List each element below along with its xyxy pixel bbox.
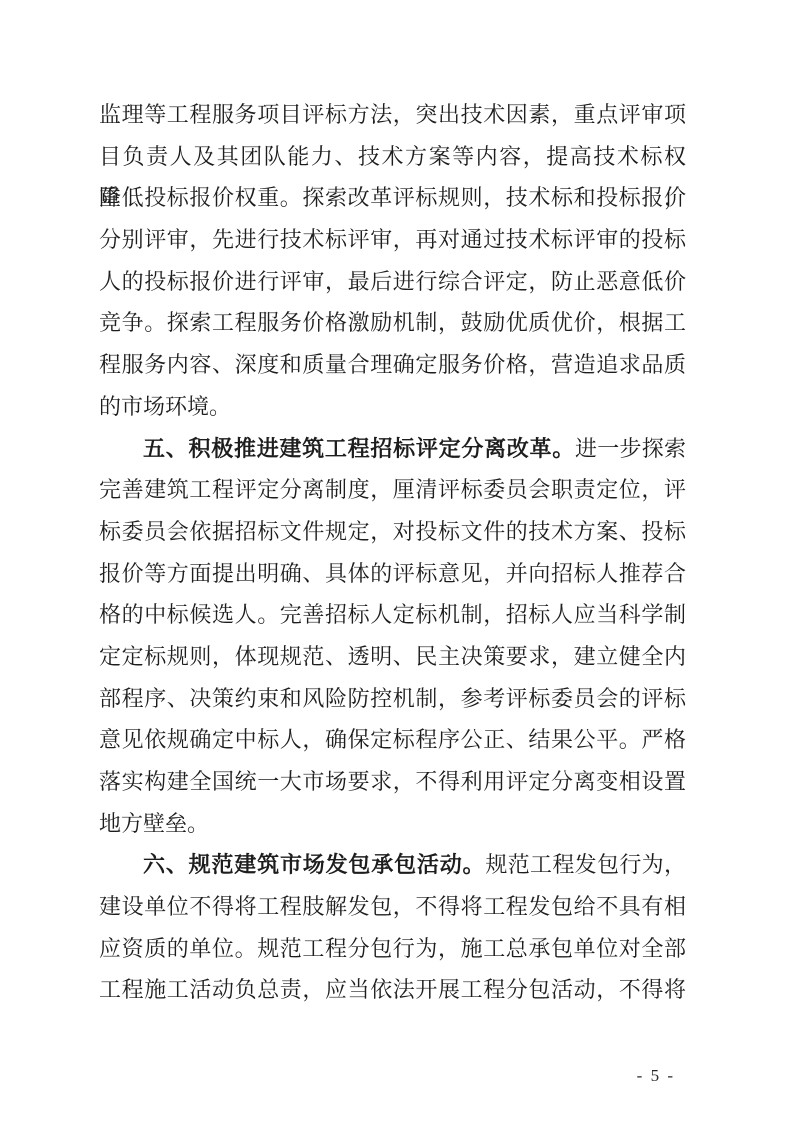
section-heading: 六、规范建筑市场发包承包活动。 bbox=[143, 852, 485, 877]
text-line: 标委员会依据招标文件规定，对投标文件的技术方案、投标 bbox=[99, 511, 686, 553]
text-line: 竞争。探索工程服务价格激励机制，鼓励优质优价，根据工 bbox=[99, 302, 686, 344]
page-footer: - 5 - bbox=[612, 1040, 675, 1112]
text-line: 地方壁垒。 bbox=[99, 803, 686, 845]
text-line: 监理等工程服务项目评标方法，突出技术因素，重点评审项 bbox=[99, 94, 686, 136]
text-line: 分别评审，先进行技术标评审，再对通过技术标评审的投标 bbox=[99, 219, 686, 261]
text-line: 降低投标报价权重。探索改革评标规则，技术标和投标报价 bbox=[99, 177, 686, 219]
text-line: 五、积极推进建筑工程招标评定分离改革。进一步探索 bbox=[99, 428, 686, 470]
paragraph-continuation: 监理等工程服务项目评标方法，突出技术因素，重点评审项目负责人及其团队能力、技术方… bbox=[99, 94, 686, 428]
text-line: 建设单位不得将工程肢解发包，不得将工程发包给不具有相 bbox=[99, 886, 686, 928]
text-line: 人的投标报价进行评审，最后进行综合评定，防止恶意低价 bbox=[99, 261, 686, 303]
paragraph-section-5: 五、积极推进建筑工程招标评定分离改革。进一步探索完善建筑工程评定分离制度，厘清评… bbox=[99, 428, 686, 845]
text-line: 意见依规确定中标人，确保定标程序公正、结果公平。严格 bbox=[99, 719, 686, 761]
page-number: - 5 - bbox=[637, 1066, 675, 1085]
text-line: 程服务内容、深度和质量合理确定服务价格，营造追求品质 bbox=[99, 344, 686, 386]
text-line: 落实构建全国统一大市场要求，不得利用评定分离变相设置 bbox=[99, 761, 686, 803]
text-line: 工程施工活动负总责，应当依法开展工程分包活动，不得将 bbox=[99, 969, 686, 1011]
text-line: 应资质的单位。规范工程分包行为，施工总承包单位对全部 bbox=[99, 928, 686, 970]
text-line: 格的中标候选人。完善招标人定标机制，招标人应当科学制 bbox=[99, 594, 686, 636]
paragraph-section-6: 六、规范建筑市场发包承包活动。规范工程发包行为，建设单位不得将工程肢解发包，不得… bbox=[99, 844, 686, 1011]
document-body: 监理等工程服务项目评标方法，突出技术因素，重点评审项目负责人及其团队能力、技术方… bbox=[99, 94, 686, 1011]
text-line: 六、规范建筑市场发包承包活动。规范工程发包行为， bbox=[99, 844, 686, 886]
text-line: 报价等方面提出明确、具体的评标意见，并向招标人推荐合 bbox=[99, 553, 686, 595]
text-line: 目负责人及其团队能力、技术方案等内容，提高技术标权重， bbox=[99, 136, 686, 178]
text-line: 定定标规则，体现规范、透明、民主决策要求，建立健全内 bbox=[99, 636, 686, 678]
text-line: 完善建筑工程评定分离制度，厘清评标委员会职责定位，评 bbox=[99, 469, 686, 511]
document-page: 监理等工程服务项目评标方法，突出技术因素，重点评审项目负责人及其团队能力、技术方… bbox=[0, 0, 793, 1122]
section-heading: 五、积极推进建筑工程招标评定分离改革。 bbox=[143, 436, 575, 461]
text-line: 部程序、决策约束和风险防控机制，参考评标委员会的评标 bbox=[99, 678, 686, 720]
text-line: 的市场环境。 bbox=[99, 386, 686, 428]
